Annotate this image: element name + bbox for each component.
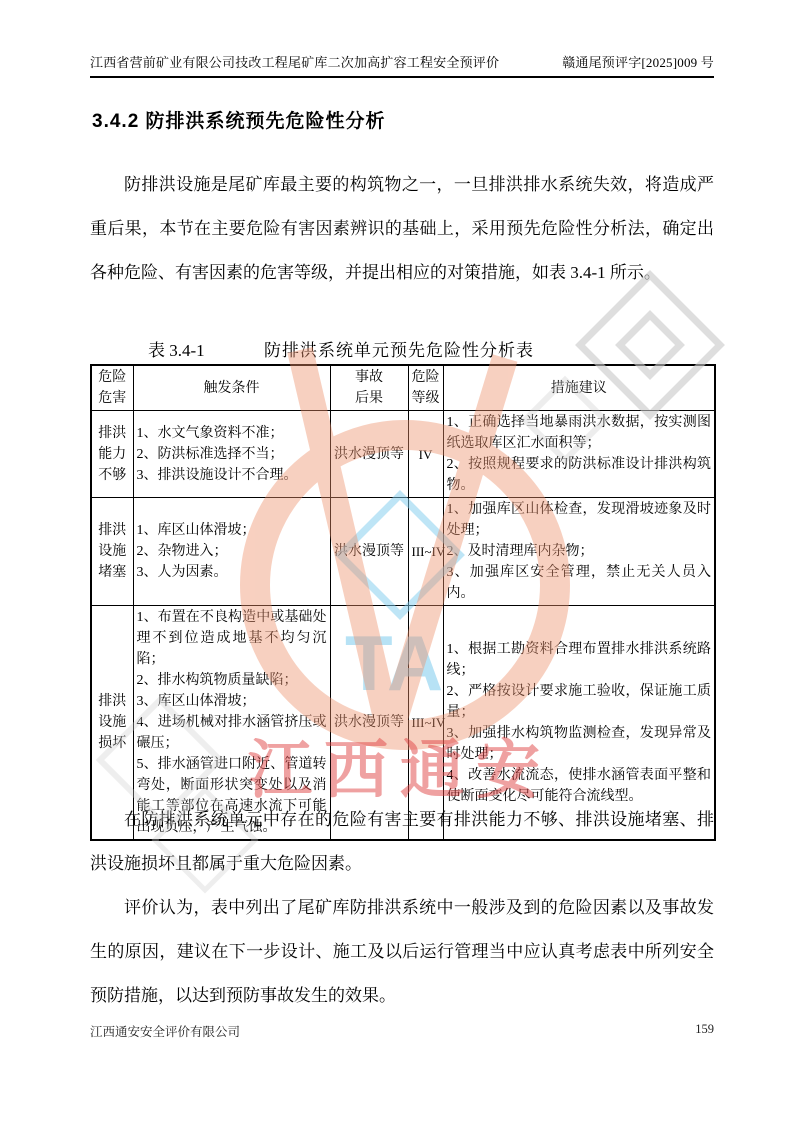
table-caption-label: 表 3.4-1	[148, 336, 205, 361]
col-header-grade: 危险 等级	[408, 365, 443, 411]
cell-grade: IV	[408, 411, 443, 498]
hazard-analysis-table: 危险 危害 触发条件 事故 后果 危险 等级 措施建议 排洪 能力 不够 1、水…	[90, 364, 716, 841]
cell-consequence: 洪水漫顶等	[330, 498, 408, 606]
table-row: 排洪 设施 堵塞 1、库区山体滑坡； 2、杂物进入； 3、人为因素。 洪水漫顶等…	[91, 498, 715, 606]
cell-measures: 1、正确选择当地暴雨洪水数据，按实测图纸选取库区汇水面积等； 2、按照规程要求的…	[443, 411, 715, 498]
header-doc-number: 赣通尾预评字[2025]009 号	[562, 52, 714, 71]
cell-trigger: 1、水文气象资料不准； 2、防洪标准选择不当； 3、排洪设施设计不合理。	[133, 411, 330, 498]
col-header-measures: 措施建议	[443, 365, 715, 411]
document-page: 江西省营前矿业有限公司技改工程尾矿库二次加高扩容工程安全预评价 赣通尾预评字[2…	[0, 0, 793, 1122]
table-caption-title: 防排洪系统单元预先危险性分析表	[264, 336, 534, 361]
col-header-consequence: 事故 后果	[330, 365, 408, 411]
page-header: 江西省营前矿业有限公司技改工程尾矿库二次加高扩容工程安全预评价 赣通尾预评字[2…	[90, 52, 714, 78]
col-header-trigger: 触发条件	[133, 365, 330, 411]
header-project-title: 江西省营前矿业有限公司技改工程尾矿库二次加高扩容工程安全预评价	[90, 52, 499, 71]
paragraph-conclusion: 评价认为，表中列出了尾矿库防排洪系统中一般涉及到的危险因素以及事故发生的原因，建…	[90, 886, 714, 1018]
table-row: 排洪 能力 不够 1、水文气象资料不准； 2、防洪标准选择不当； 3、排洪设施设…	[91, 411, 715, 498]
table-header-row: 危险 危害 触发条件 事故 后果 危险 等级 措施建议	[91, 365, 715, 411]
footer-company-name: 江西通安安全评价有限公司	[90, 1022, 240, 1040]
page-footer: 江西通安安全评价有限公司 159	[90, 1022, 714, 1040]
paragraph-summary: 在防排洪系统单元中存在的危险有害主要有排洪能力不够、排洪设施堵塞、排洪设施损坏且…	[90, 798, 714, 886]
cell-trigger: 1、库区山体滑坡； 2、杂物进入； 3、人为因素。	[133, 498, 330, 606]
col-header-hazard: 危险 危害	[91, 365, 133, 411]
cell-hazard: 排洪 设施 堵塞	[91, 498, 133, 606]
cell-grade: III~IV	[408, 498, 443, 606]
paragraph-intro: 防排洪设施是尾矿库最主要的构筑物之一，一旦排洪排水系统失效，将造成严重后果，本节…	[90, 163, 714, 295]
cell-hazard: 排洪 能力 不够	[91, 411, 133, 498]
footer-page-number: 159	[695, 1022, 714, 1040]
cell-consequence: 洪水漫顶等	[330, 411, 408, 498]
cell-measures: 1、加强库区山体检查，发现滑坡迹象及时处理； 2、及时清理库内杂物； 3、加强库…	[443, 498, 715, 606]
table-caption: 表 3.4-1 防排洪系统单元预先危险性分析表	[90, 336, 714, 362]
section-heading: 3.4.2 防排洪系统预先危险性分析	[92, 106, 712, 133]
